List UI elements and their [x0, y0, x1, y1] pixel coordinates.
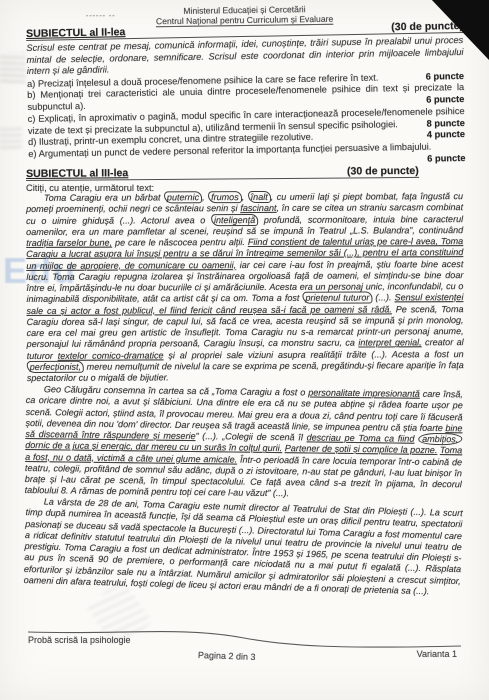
item-points: 6 puncte [420, 71, 464, 84]
subject-3-title-row: SUBIECTUL al III-lea (30 de puncte) [26, 165, 419, 181]
item-label: d) [28, 137, 39, 147]
item-label: e) [28, 149, 39, 159]
text-run: ” (...). „Colegii de scenă îl [196, 431, 307, 442]
text-run: și al propriei sale viziuni asupra reali… [164, 348, 464, 359]
subject-2-title: SUBIECTUL al II-lea [26, 26, 126, 40]
item-label: a) [27, 79, 38, 89]
hand-annotation-box: prietenul tuturor [302, 291, 372, 303]
page-content: SUBIECTUL al II-lea (30 de puncte) Scris… [0, 28, 489, 586]
scanned-exam-page: Edu ------ -- Ministerul Educației și Ce… [0, 0, 489, 700]
hand-annotation-circle: ambițios, [418, 433, 462, 446]
hand-annotation-box: puternic [164, 191, 202, 203]
page-number: Pagina 2 din 3 [198, 650, 256, 662]
text-run: mereu nemulțumit de nivelul la care se e… [27, 360, 464, 383]
title-rule [128, 174, 347, 176]
text-paragraph: Geo Călugăru consemna în cartea sa că „T… [25, 384, 463, 502]
item-points: 8 puncte [420, 118, 464, 131]
hand-annotation-u: tradiția farselor bune, [26, 237, 112, 247]
text-paragraph: La vârsta de 28 de ani, Toma Caragiu est… [23, 496, 462, 598]
exam-subject-label: Probă scrisă la psihologie [28, 635, 131, 645]
title-rule [125, 30, 391, 35]
hand-annotation-box: frumos [208, 191, 242, 203]
hand-annotation-u: Partener de șotii și complice la pozne. [285, 443, 438, 455]
hand-annotation-box: perfecționist, [27, 360, 84, 372]
item-points: 4 puncte [421, 129, 465, 142]
text-run: , [242, 192, 248, 202]
hand-annotation-u: interpret genial, [358, 337, 421, 347]
text-run: (...). [372, 292, 394, 302]
hand-annotation-u: personalitate impresionantă [308, 387, 420, 398]
item-label: c) [28, 114, 39, 124]
subject-3-title: SUBIECTUL al III-lea [26, 167, 128, 180]
hand-annotation-box: inteligență [211, 213, 258, 225]
question-items: a) Precizați înțelesul a două procese/fe… [27, 71, 465, 161]
text-run: Toma Caragiu era un bărbat [44, 192, 164, 203]
hand-annotation-box: înalt [248, 191, 271, 203]
text-run: pe care le născocea pentru alții. [112, 237, 248, 248]
variant-label: Varianta 1 [417, 649, 457, 659]
subject-2-points: (30 de puncte) [391, 20, 463, 33]
subject-2-section: SUBIECTUL al II-lea (30 de puncte) Scris… [26, 20, 465, 161]
hand-annotation-u: descriau pe Toma ca fiind [307, 432, 415, 443]
item-points: 6 puncte [421, 153, 465, 166]
literary-text: Toma Caragiu era un bărbat puternic, fru… [26, 193, 463, 587]
text-paragraph: Toma Caragiu era un bărbat puternic, fru… [26, 191, 464, 384]
page-footer: Probă scrisă la psihologie Pagina 2 din … [26, 624, 463, 670]
hand-annotation-u: textelor comico-dramatice [58, 350, 164, 360]
hand-annotation-u: fascinant [240, 203, 276, 213]
subject-3-section: SUBIECTUL al III-lea (30 de puncte) Citi… [26, 168, 463, 587]
subject-3-points: (30 de puncte) [347, 165, 419, 178]
item-points: 6 puncte [420, 94, 464, 107]
item-label: b) [27, 90, 40, 100]
text-run: La vârsta de 28 de ani, Toma Caragiu est… [24, 497, 463, 597]
